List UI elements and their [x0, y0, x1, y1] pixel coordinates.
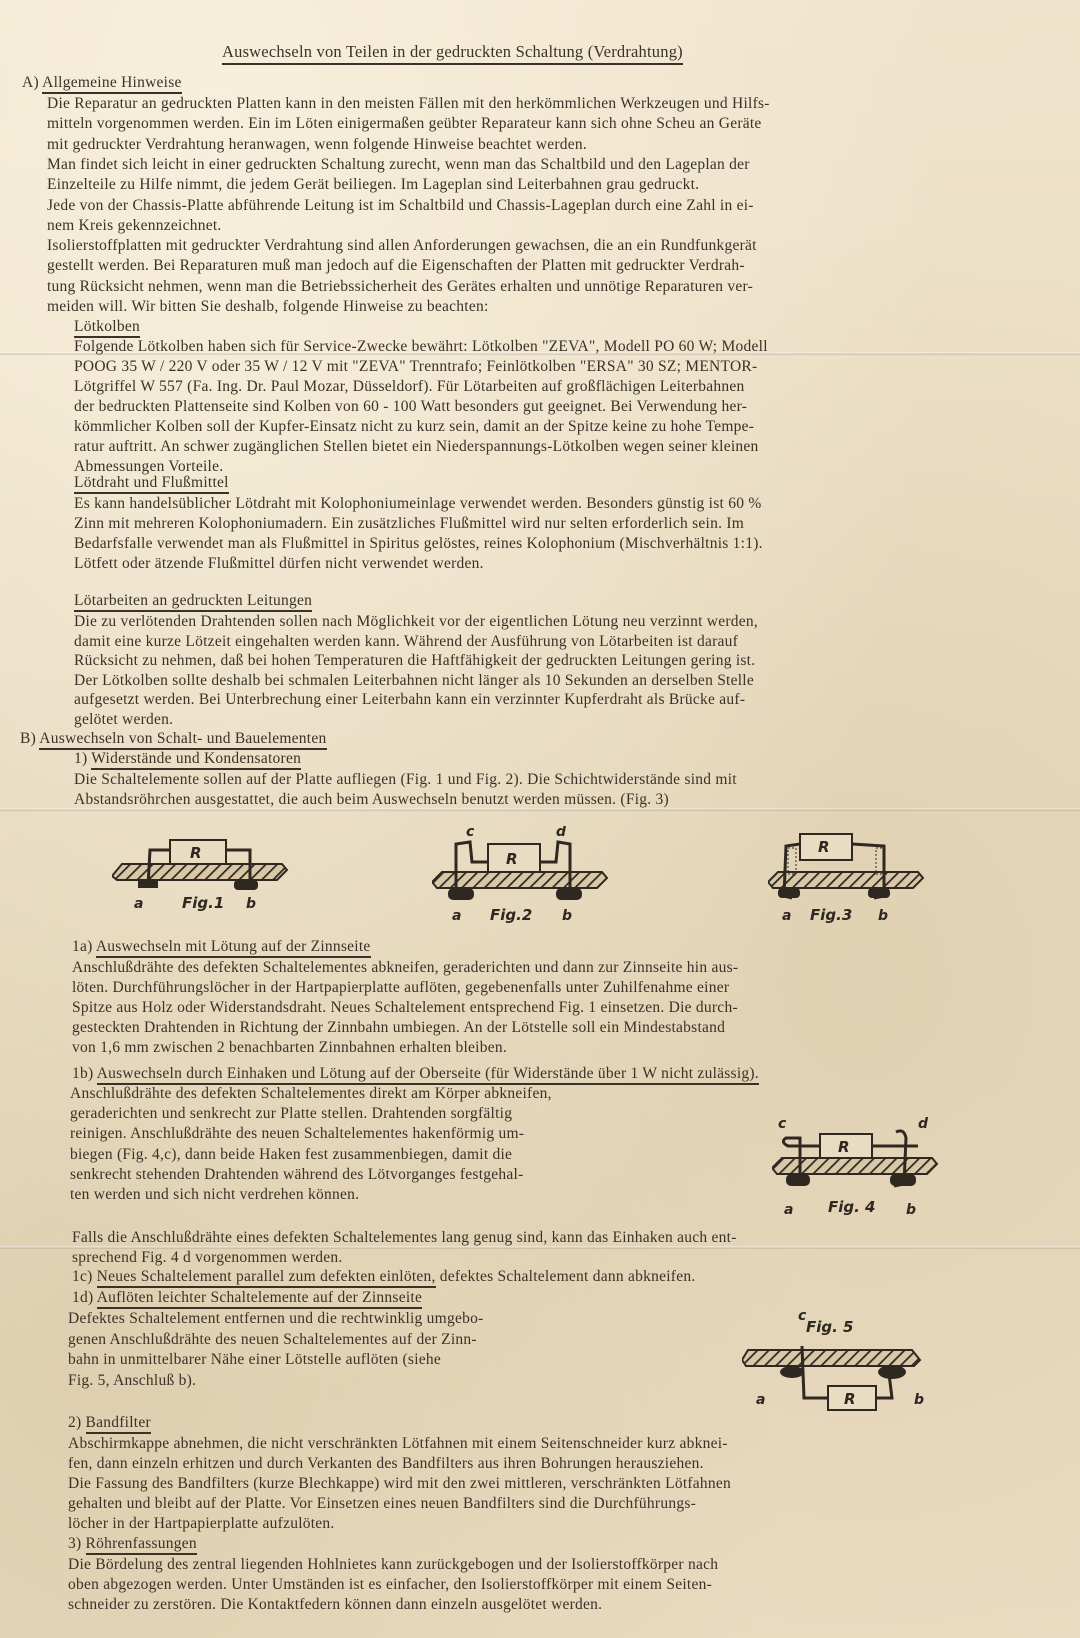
paragraph-line-text: fen, dann einzeln erhitzen und durch Ver…: [68, 1455, 704, 1472]
paragraph-line: Die Schaltelemente sollen auf der Platte…: [74, 771, 737, 789]
paragraph-line-text: mitteln vorgenommen werden. Ein im Löten…: [47, 115, 762, 132]
paragraph-line-text: Es kann handelsüblicher Lötdraht mit Kol…: [74, 495, 761, 512]
figure-5-diagram: Fig. 5c R ab: [742, 1308, 942, 1418]
paragraph-line: Man findet sich leicht in einer gedruckt…: [47, 156, 750, 174]
svg-text:a: a: [784, 1202, 793, 1218]
paragraph-line-text: Anschlußdrähte des defekten Schaltelemen…: [72, 959, 738, 976]
paragraph-line: gelötet werden.: [74, 711, 173, 729]
subsection-1d-heading: 1d) Auflöten leichter Schaltelemente auf…: [72, 1289, 422, 1307]
paragraph-line-text: Abschirmkappe abnehmen, die nicht versch…: [68, 1435, 728, 1452]
paragraph-line: Isolierstoffplatten mit gedruckter Verdr…: [47, 237, 757, 255]
paragraph-line: reinigen. Anschlußdrähte des neuen Schal…: [70, 1125, 524, 1143]
paragraph-line-text: gestellt werden. Bei Reparaturen muß man…: [47, 257, 745, 274]
paragraph-line: Folgende Lötkolben haben sich für Servic…: [74, 338, 768, 356]
paragraph-line-text: Man findet sich leicht in einer gedruckt…: [47, 156, 750, 173]
subsection-1c-line: 1c) Neues Schaltelement parallel zum def…: [72, 1268, 695, 1286]
paragraph-line-text: Folgende Lötkolben haben sich für Servic…: [74, 338, 768, 355]
svg-text:R: R: [506, 850, 518, 868]
subsection-1a-heading: 1a) Auswechseln mit Lötung auf der Zinns…: [72, 938, 371, 956]
svg-text:b: b: [878, 908, 888, 924]
loetarbeiten-heading: Lötarbeiten an gedruckten Leitungen: [74, 592, 312, 610]
paragraph-line-text: Abstandsröhrchen ausgestattet, die auch …: [74, 791, 669, 808]
paragraph-line: gestellt werden. Bei Reparaturen muß man…: [47, 257, 745, 275]
figure-1-diagram: R aFig.1b: [112, 836, 292, 916]
paragraph-line: Anschlußdrähte des defekten Schaltelemen…: [72, 959, 738, 977]
paragraph-line: schneider zu zerstören. Die Kontaktfeder…: [68, 1596, 602, 1614]
section-a-heading: A) Allgemeine Hinweise: [22, 74, 182, 92]
paragraph-line-text: nem Kreis gekennzeichnet.: [47, 217, 222, 234]
subheading: Lötdraht und Flußmittel: [74, 474, 229, 494]
paragraph-line: gehalten und bleibt auf der Platte. Vor …: [68, 1495, 696, 1513]
paragraph-line: Die Fassung des Bandfilters (kurze Blech…: [68, 1475, 731, 1493]
subheading: Widerstände und Kondensatoren: [91, 750, 301, 770]
subheading: Neues Schaltelement parallel zum defekte…: [97, 1268, 436, 1288]
paragraph-line-text: Defektes Schaltelement entfernen und die…: [68, 1310, 484, 1327]
paragraph-line-text: Der Lötkolben sollte deshalb bei schmale…: [74, 672, 754, 689]
paragraph-line: löcher in der Hartpapierplatte aufzulöte…: [68, 1515, 335, 1533]
svg-text:d: d: [556, 826, 567, 840]
paragraph-line: ten werden und sich nicht verdrehen könn…: [70, 1186, 359, 1204]
paragraph-line-text: Die Fassung des Bandfilters (kurze Blech…: [68, 1475, 731, 1492]
paragraph-line: Falls die Anschlußdrähte eines defekten …: [72, 1229, 737, 1247]
loetkolben-heading: Lötkolben: [74, 318, 140, 336]
svg-text:a: a: [782, 908, 791, 924]
paragraph-line-text: meiden will. Wir bitten Sie deshalb, fol…: [47, 298, 489, 315]
paragraph-line-text: Bedarfsfalle verwendet man als Flußmitte…: [74, 535, 763, 552]
paragraph-line: Lötfett oder ätzende Flußmittel dürfen n…: [74, 555, 484, 573]
paragraph-line: Lötgriffel W 557 (Fa. Ing. Dr. Paul Moza…: [74, 378, 745, 396]
paragraph-line-text: Falls die Anschlußdrähte eines defekten …: [72, 1229, 737, 1246]
paragraph-line-text: aufgesetzt werden. Bei Unterbrechung ein…: [74, 691, 745, 708]
svg-text:d: d: [918, 1116, 929, 1132]
paragraph-line: nem Kreis gekennzeichnet.: [47, 217, 222, 235]
paragraph-line: gesteckten Drahtenden in Richtung der Zi…: [72, 1019, 725, 1037]
paragraph-line: geraderichten und senkrecht zur Platte s…: [70, 1105, 512, 1123]
svg-text:b: b: [906, 1202, 916, 1218]
paragraph-line-text: geraderichten und senkrecht zur Platte s…: [70, 1105, 512, 1122]
paragraph-line: ratur auftritt. An schwer zugänglichen S…: [74, 438, 759, 456]
paragraph-line: Einzelteile zu Hilfe nimmt, die jedem Ge…: [47, 176, 699, 194]
paragraph-line: Rücksicht zu nehmen, daß bei hohen Tempe…: [74, 652, 755, 670]
paragraph-line: senkrecht stehenden Drahtenden während d…: [70, 1166, 524, 1184]
svg-text:Fig.1: Fig.1: [182, 894, 224, 912]
svg-text:R: R: [838, 1138, 850, 1156]
figure-4-diagram: R cd aFig. 4b: [772, 1112, 942, 1222]
svg-text:Fig. 5: Fig. 5: [806, 1318, 853, 1336]
paragraph-line-text: gesteckten Drahtenden in Richtung der Zi…: [72, 1019, 725, 1036]
paragraph-line: Anschlußdrähte des defekten Schaltelemen…: [70, 1085, 552, 1103]
paragraph-text: defektes Schaltelement dann abkneifen.: [436, 1268, 696, 1285]
subsection-1-heading: 1) Widerstände und Kondensatoren: [74, 750, 301, 768]
paragraph-line-text: reinigen. Anschlußdrähte des neuen Schal…: [70, 1125, 524, 1142]
paragraph-line-text: gelötet werden.: [74, 711, 173, 728]
subheading: Röhrenfassungen: [86, 1535, 197, 1555]
paragraph-line-text: Jede von der Chassis-Platte abführende L…: [47, 197, 754, 214]
subheading: Lötkolben: [74, 318, 140, 338]
svg-text:a: a: [756, 1392, 765, 1408]
paragraph-line: meiden will. Wir bitten Sie deshalb, fol…: [47, 298, 489, 316]
subsection-2-heading: 2) Bandfilter: [68, 1414, 151, 1432]
paragraph-line-text: Fig. 5, Anschluß b).: [68, 1372, 196, 1389]
paragraph-line-text: Abmessungen Vorteile.: [74, 458, 223, 475]
paragraph-line-text: Anschlußdrähte des defekten Schaltelemen…: [70, 1085, 552, 1102]
section-marker: A): [22, 74, 39, 91]
svg-text:c: c: [798, 1308, 807, 1324]
paragraph-line: damit eine kurze Lötzeit eingehalten wer…: [74, 633, 738, 651]
section-heading: Auswechseln von Schalt- und Bauelementen: [39, 730, 326, 750]
paragraph-line: biegen (Fig. 4,c), dann beide Haken fest…: [70, 1146, 512, 1164]
svg-text:b: b: [246, 896, 256, 912]
paragraph-line-text: von 1,6 mm zwischen 2 benachbarten Zinnb…: [72, 1039, 507, 1056]
paragraph-line-text: Spitze aus Holz oder Widerstandsdraht. N…: [72, 999, 738, 1016]
paragraph-line-text: schneider zu zerstören. Die Kontaktfeder…: [68, 1596, 602, 1613]
paragraph-line: Fig. 5, Anschluß b).: [68, 1372, 196, 1390]
paragraph-line: bahn in unmittelbarer Nähe einer Lötstel…: [68, 1351, 441, 1369]
paragraph-line-text: bahn in unmittelbarer Nähe einer Lötstel…: [68, 1351, 441, 1368]
paragraph-line-text: Einzelteile zu Hilfe nimmt, die jedem Ge…: [47, 176, 699, 193]
document-title: Auswechseln von Teilen in der gedruckten…: [222, 42, 683, 65]
loetdraht-heading: Lötdraht und Flußmittel: [74, 474, 229, 492]
paragraph-line-text: Rücksicht zu nehmen, daß bei hohen Tempe…: [74, 652, 755, 669]
paragraph-line: Defektes Schaltelement entfernen und die…: [68, 1310, 484, 1328]
subheading: Lötarbeiten an gedruckten Leitungen: [74, 592, 312, 612]
subsection-marker: 1a): [72, 938, 93, 955]
paragraph-line-text: Lötfett oder ätzende Flußmittel dürfen n…: [74, 555, 484, 572]
paragraph-line-text: damit eine kurze Lötzeit eingehalten wer…: [74, 633, 738, 650]
paragraph-line: mitteln vorgenommen werden. Ein im Löten…: [47, 115, 762, 133]
paragraph-line: Abstandsröhrchen ausgestattet, die auch …: [74, 791, 669, 809]
paragraph-line-text: Die Schaltelemente sollen auf der Platte…: [74, 771, 737, 788]
svg-text:c: c: [778, 1116, 787, 1132]
paragraph-line-text: mit gedruckter Verdrahtung heranwagen, w…: [47, 136, 587, 153]
subheading: Auswechseln durch Einhaken und Lötung au…: [97, 1065, 759, 1085]
paragraph-line-text: kömmlicher Kolben soll der Kupfer-Einsat…: [74, 418, 754, 435]
paragraph-line: löten. Durchführungslöcher in der Hartpa…: [72, 979, 729, 997]
paragraph-line: Zinn mit mehreren Kolophoniumadern. Ein …: [74, 515, 744, 533]
paragraph-line: Bedarfsfalle verwendet man als Flußmitte…: [74, 535, 763, 553]
paragraph-line: genen Anschlußdrähte des neuen Schaltele…: [68, 1331, 477, 1349]
svg-text:Fig.2: Fig.2: [490, 906, 532, 924]
subsection-marker: 1d): [72, 1289, 93, 1306]
subheading: Auswechseln mit Lötung auf der Zinnseite: [96, 938, 371, 958]
subsection-1b-heading: 1b) Auswechseln durch Einhaken und Lötun…: [72, 1065, 759, 1083]
paragraph-line: Die Reparatur an gedruckten Platten kann…: [47, 95, 770, 113]
paragraph-line-text: ten werden und sich nicht verdrehen könn…: [70, 1186, 359, 1203]
svg-text:R: R: [190, 844, 202, 862]
paragraph-line: Abschirmkappe abnehmen, die nicht versch…: [68, 1435, 728, 1453]
subsection-marker: 1c): [72, 1268, 93, 1285]
subheading: Bandfilter: [86, 1414, 151, 1434]
section-heading: Allgemeine Hinweise: [42, 74, 181, 94]
paragraph-line: der bedruckten Plattenseite sind Kolben …: [74, 398, 747, 416]
paragraph-line-text: löten. Durchführungslöcher in der Hartpa…: [72, 979, 729, 996]
paragraph-line: oben abgezogen werden. Unter Umständen i…: [68, 1576, 712, 1594]
paragraph-line-text: Lötgriffel W 557 (Fa. Ing. Dr. Paul Moza…: [74, 378, 745, 395]
subsection-marker: 1): [74, 750, 87, 767]
paragraph-line: POOG 35 W / 220 V oder 35 W / 12 V mit "…: [74, 358, 757, 376]
svg-text:c: c: [466, 826, 475, 840]
paragraph-line: Es kann handelsüblicher Lötdraht mit Kol…: [74, 495, 761, 513]
section-marker: B): [20, 730, 36, 747]
paragraph-line: Jede von der Chassis-Platte abführende L…: [47, 197, 754, 215]
paragraph-line-text: ratur auftritt. An schwer zugänglichen S…: [74, 438, 759, 455]
paragraph-line-text: Die Bördelung des zentral liegenden Hohl…: [68, 1556, 718, 1573]
subsection-marker: 3): [68, 1535, 81, 1552]
svg-text:Fig. 4: Fig. 4: [828, 1198, 875, 1216]
paragraph-line-text: Zinn mit mehreren Kolophoniumadern. Ein …: [74, 515, 744, 532]
subheading: Auflöten leichter Schaltelemente auf der…: [97, 1289, 422, 1309]
paragraph-line: mit gedruckter Verdrahtung heranwagen, w…: [47, 136, 587, 154]
paragraph-line-text: Die Reparatur an gedruckten Platten kann…: [47, 95, 770, 112]
paragraph-line-text: oben abgezogen werden. Unter Umständen i…: [68, 1576, 712, 1593]
svg-text:a: a: [134, 896, 143, 912]
paragraph-line-text: genen Anschlußdrähte des neuen Schaltele…: [68, 1331, 477, 1348]
svg-text:R: R: [818, 838, 830, 856]
svg-text:Fig.3: Fig.3: [810, 906, 852, 924]
paragraph-line-text: gehalten und bleibt auf der Platte. Vor …: [68, 1495, 696, 1512]
svg-text:b: b: [562, 908, 572, 924]
svg-text:b: b: [914, 1392, 924, 1408]
paragraph-line-text: sprechend Fig. 4 d vorgenommen werden.: [72, 1249, 343, 1266]
subsection-marker: 2): [68, 1414, 81, 1431]
paragraph-line: fen, dann einzeln erhitzen und durch Ver…: [68, 1455, 704, 1473]
section-b-heading: B) Auswechseln von Schalt- und Bauelemen…: [20, 730, 327, 748]
paragraph-line: Die zu verlötenden Drahtenden sollen nac…: [74, 613, 758, 631]
paragraph-line-text: tung Rücksicht nehmen, wenn man die Betr…: [47, 278, 753, 295]
subsection-3-heading: 3) Röhrenfassungen: [68, 1535, 197, 1553]
paragraph-line: Die Bördelung des zentral liegenden Hohl…: [68, 1556, 718, 1574]
paragraph-line-text: der bedruckten Plattenseite sind Kolben …: [74, 398, 747, 415]
svg-text:a: a: [452, 908, 461, 924]
paragraph-line-text: biegen (Fig. 4,c), dann beide Haken fest…: [70, 1146, 512, 1163]
paragraph-line: von 1,6 mm zwischen 2 benachbarten Zinnb…: [72, 1039, 507, 1057]
paragraph-line: aufgesetzt werden. Bei Unterbrechung ein…: [74, 691, 745, 709]
figure-3-diagram: R aFig.3b: [768, 832, 928, 926]
paragraph-line-text: Die zu verlötenden Drahtenden sollen nac…: [74, 613, 758, 630]
paragraph-line: Spitze aus Holz oder Widerstandsdraht. N…: [72, 999, 738, 1017]
paragraph-line: kömmlicher Kolben soll der Kupfer-Einsat…: [74, 418, 754, 436]
paragraph-line-text: löcher in der Hartpapierplatte aufzulöte…: [68, 1515, 335, 1532]
subsection-marker: 1b): [72, 1065, 93, 1082]
paragraph-line: tung Rücksicht nehmen, wenn man die Betr…: [47, 278, 753, 296]
paragraph-line-text: Isolierstoffplatten mit gedruckter Verdr…: [47, 237, 757, 254]
paragraph-line-text: POOG 35 W / 220 V oder 35 W / 12 V mit "…: [74, 358, 757, 375]
figure-2-diagram: R cd aFig.2b: [432, 826, 612, 926]
paragraph-line: sprechend Fig. 4 d vorgenommen werden.: [72, 1249, 343, 1267]
paragraph-line: Der Lötkolben sollte deshalb bei schmale…: [74, 672, 754, 690]
svg-text:R: R: [844, 1390, 856, 1408]
paragraph-line-text: senkrecht stehenden Drahtenden während d…: [70, 1166, 524, 1183]
